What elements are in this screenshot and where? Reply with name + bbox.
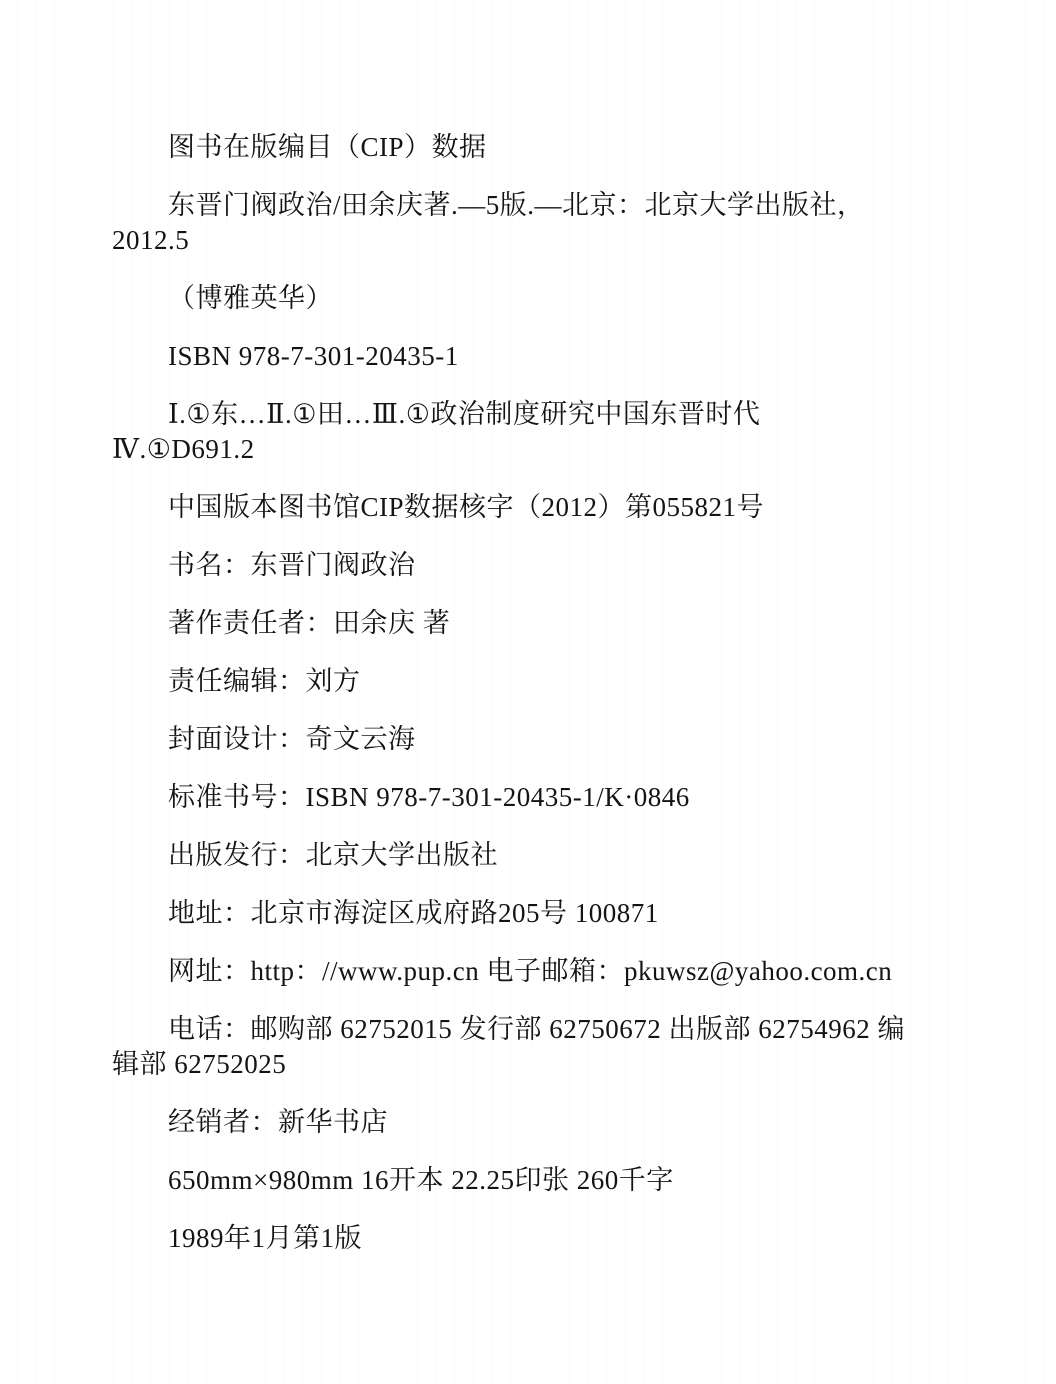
line-title-statement-2: 2012.5 — [112, 223, 950, 258]
line-edition: 1989年1月第1版 — [112, 1221, 950, 1256]
para-cip-record-number: 中国版本图书馆CIP数据核字（2012）第055821号 — [112, 490, 950, 525]
para-isbn: ISBN 978-7-301-20435-1 — [112, 339, 950, 374]
para-series-note: （博雅英华） — [112, 281, 950, 316]
line-cip-header: 图书在版编目（CIP）数据 — [112, 130, 950, 165]
para-cip-classification: Ⅰ.①东…Ⅱ.①田…Ⅲ.①政治制度研究中国东晋时代 Ⅳ.①D691.2 — [112, 397, 950, 467]
para-book-title: 书名：东晋门阀政治 — [112, 548, 950, 583]
line-editor: 责任编辑：刘方 — [112, 664, 950, 699]
line-phone-2: 辑部 62752025 — [112, 1047, 950, 1082]
cip-page: 图书在版编目（CIP）数据 东晋门阀政治/田余庆著.—5版.—北京：北京大学出版… — [0, 0, 1056, 1384]
line-author: 著作责任者：田余庆 著 — [112, 606, 950, 641]
line-cover-design: 封面设计：奇文云海 — [112, 722, 950, 757]
para-publisher: 出版发行：北京大学出版社 — [112, 838, 950, 873]
line-website-email: 网址：http：//www.pup.cn 电子邮箱：pkuwsz@yahoo.c… — [112, 954, 950, 989]
line-cip-record-number: 中国版本图书馆CIP数据核字（2012）第055821号 — [112, 490, 950, 525]
line-title-statement-1: 东晋门阀政治/田余庆著.—5版.—北京：北京大学出版社， — [112, 188, 950, 223]
line-format: 650mm×980mm 16开本 22.25印张 260千字 — [112, 1163, 950, 1198]
line-cip-classification-1: Ⅰ.①东…Ⅱ.①田…Ⅲ.①政治制度研究中国东晋时代 — [112, 397, 950, 432]
line-isbn: ISBN 978-7-301-20435-1 — [112, 339, 950, 374]
line-cip-classification-2: Ⅳ.①D691.2 — [112, 432, 950, 467]
para-cip-header: 图书在版编目（CIP）数据 — [112, 130, 950, 165]
para-title-statement: 东晋门阀政治/田余庆著.—5版.—北京：北京大学出版社， 2012.5 — [112, 188, 950, 258]
line-series-note: （博雅英华） — [112, 281, 950, 316]
para-cover-design: 封面设计：奇文云海 — [112, 722, 950, 757]
para-address: 地址：北京市海淀区成府路205号 100871 — [112, 896, 950, 931]
line-publisher: 出版发行：北京大学出版社 — [112, 838, 950, 873]
para-distributor: 经销者：新华书店 — [112, 1105, 950, 1140]
para-standard-isbn: 标准书号：ISBN 978-7-301-20435-1/K·0846 — [112, 780, 950, 815]
line-standard-isbn: 标准书号：ISBN 978-7-301-20435-1/K·0846 — [112, 780, 950, 815]
line-address: 地址：北京市海淀区成府路205号 100871 — [112, 896, 950, 931]
para-website-email: 网址：http：//www.pup.cn 电子邮箱：pkuwsz@yahoo.c… — [112, 954, 950, 989]
para-author: 著作责任者：田余庆 著 — [112, 606, 950, 641]
line-book-title: 书名：东晋门阀政治 — [112, 548, 950, 583]
para-phone: 电话：邮购部 62752015 发行部 62750672 出版部 6275496… — [112, 1012, 950, 1082]
para-edition: 1989年1月第1版 — [112, 1221, 950, 1256]
para-editor: 责任编辑：刘方 — [112, 664, 950, 699]
line-distributor: 经销者：新华书店 — [112, 1105, 950, 1140]
para-format: 650mm×980mm 16开本 22.25印张 260千字 — [112, 1163, 950, 1198]
line-phone-1: 电话：邮购部 62752015 发行部 62750672 出版部 6275496… — [112, 1012, 950, 1047]
